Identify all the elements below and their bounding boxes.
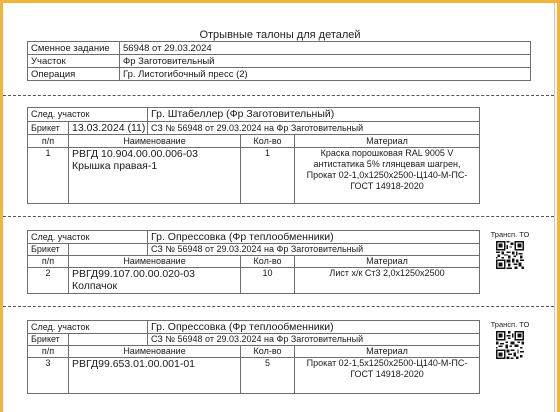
document-title: Отрывные талоны для деталей (0, 29, 560, 41)
item-num: 1 (28, 148, 69, 204)
col-qty: Кол-во (241, 135, 295, 148)
next-section-label: След. участок (28, 321, 148, 334)
brick-value (69, 334, 148, 346)
item-material: Прокат 02-1,5х1250х2500-Ц140-М-ПС-ГОСТ 1… (295, 358, 480, 394)
col-name: Наименование (69, 256, 241, 268)
item-name: РВГД99.107.00.00.020-03 Колпачок (69, 268, 241, 294)
item-qty: 5 (241, 358, 295, 394)
tear-line (3, 216, 554, 217)
item-name: РВГД 10.904.00.00.006-03 Крышка правая-1 (69, 148, 241, 204)
brick-label: Брикет (28, 334, 69, 346)
item-name: РВГД99.653.01.00.001-01 (69, 358, 241, 394)
tear-line (3, 95, 554, 96)
qr-code-icon (496, 241, 524, 269)
col-material: Материал (295, 135, 480, 148)
header-table: Сменное задание 56948 от 29.03.2024 Учас… (27, 41, 531, 81)
header-value: Фр Заготовительный (120, 55, 531, 68)
header-row-task: Сменное задание 56948 от 29.03.2024 (28, 42, 531, 55)
next-section-label: След. участок (28, 231, 148, 244)
next-section-value: Гр. Штабеллер (Фр Заготовительный) (148, 108, 480, 122)
item-num: 3 (28, 358, 69, 394)
item-qty: 10 (241, 268, 295, 294)
brick-label: Брикет (28, 244, 69, 256)
brick-value: 13.03.2024 (11) (69, 122, 148, 135)
col-name: Наименование (69, 346, 241, 358)
col-material: Материал (295, 346, 480, 358)
header-row-operation: Операция Гр. Листогибочный пресс (2) (28, 68, 531, 81)
brick-value (69, 244, 148, 256)
col-material: Материал (295, 256, 480, 268)
next-section-label: След. участок (28, 108, 148, 122)
header-label: Сменное задание (28, 42, 120, 55)
tear-line (3, 306, 554, 307)
coupon-table: След. участок Гр. Штабеллер (Фр Заготови… (27, 107, 480, 204)
item-num: 2 (28, 268, 69, 294)
header-label: Операция (28, 68, 120, 81)
next-section-value: Гр. Опрессовка (Фр теплообменники) (148, 321, 480, 334)
task-value: СЗ № 56948 от 29.03.2024 на Фр Заготовит… (148, 122, 480, 135)
item-material: Краска порошковая RAL 9005 V антистатика… (295, 148, 480, 204)
col-qty: Кол-во (241, 256, 295, 268)
brick-label: Брикет (28, 122, 69, 135)
col-num: п/п (28, 346, 69, 358)
col-qty: Кол-во (241, 346, 295, 358)
header-value: 56948 от 29.03.2024 (120, 42, 531, 55)
next-section-value: Гр. Опрессовка (Фр теплообменники) (148, 231, 480, 244)
col-name: Наименование (69, 135, 241, 148)
coupon-table: След. участок Гр. Опрессовка (Фр теплооб… (27, 230, 480, 294)
task-value: СЗ № 56948 от 29.03.2024 на Фр Заготовит… (148, 244, 480, 256)
item-qty: 1 (241, 148, 295, 204)
qr-label: Трансп. ТО (484, 230, 536, 239)
qr-code-icon (496, 331, 524, 359)
col-num: п/п (28, 135, 69, 148)
task-value: СЗ № 56948 от 29.03.2024 на Фр Заготовит… (148, 334, 480, 346)
item-material: Лист х/к Ст3 2,0х1250х2500 (295, 268, 480, 294)
coupon-table: След. участок Гр. Опрессовка (Фр теплооб… (27, 320, 480, 394)
qr-label: Трансп. ТО (484, 320, 536, 329)
header-value: Гр. Листогибочный пресс (2) (120, 68, 531, 81)
col-num: п/п (28, 256, 69, 268)
qr-block: Трансп. ТО (484, 230, 536, 269)
page-edge-line (554, 3, 555, 412)
header-label: Участок (28, 55, 120, 68)
header-row-section: Участок Фр Заготовительный (28, 55, 531, 68)
qr-block: Трансп. ТО (484, 320, 536, 359)
